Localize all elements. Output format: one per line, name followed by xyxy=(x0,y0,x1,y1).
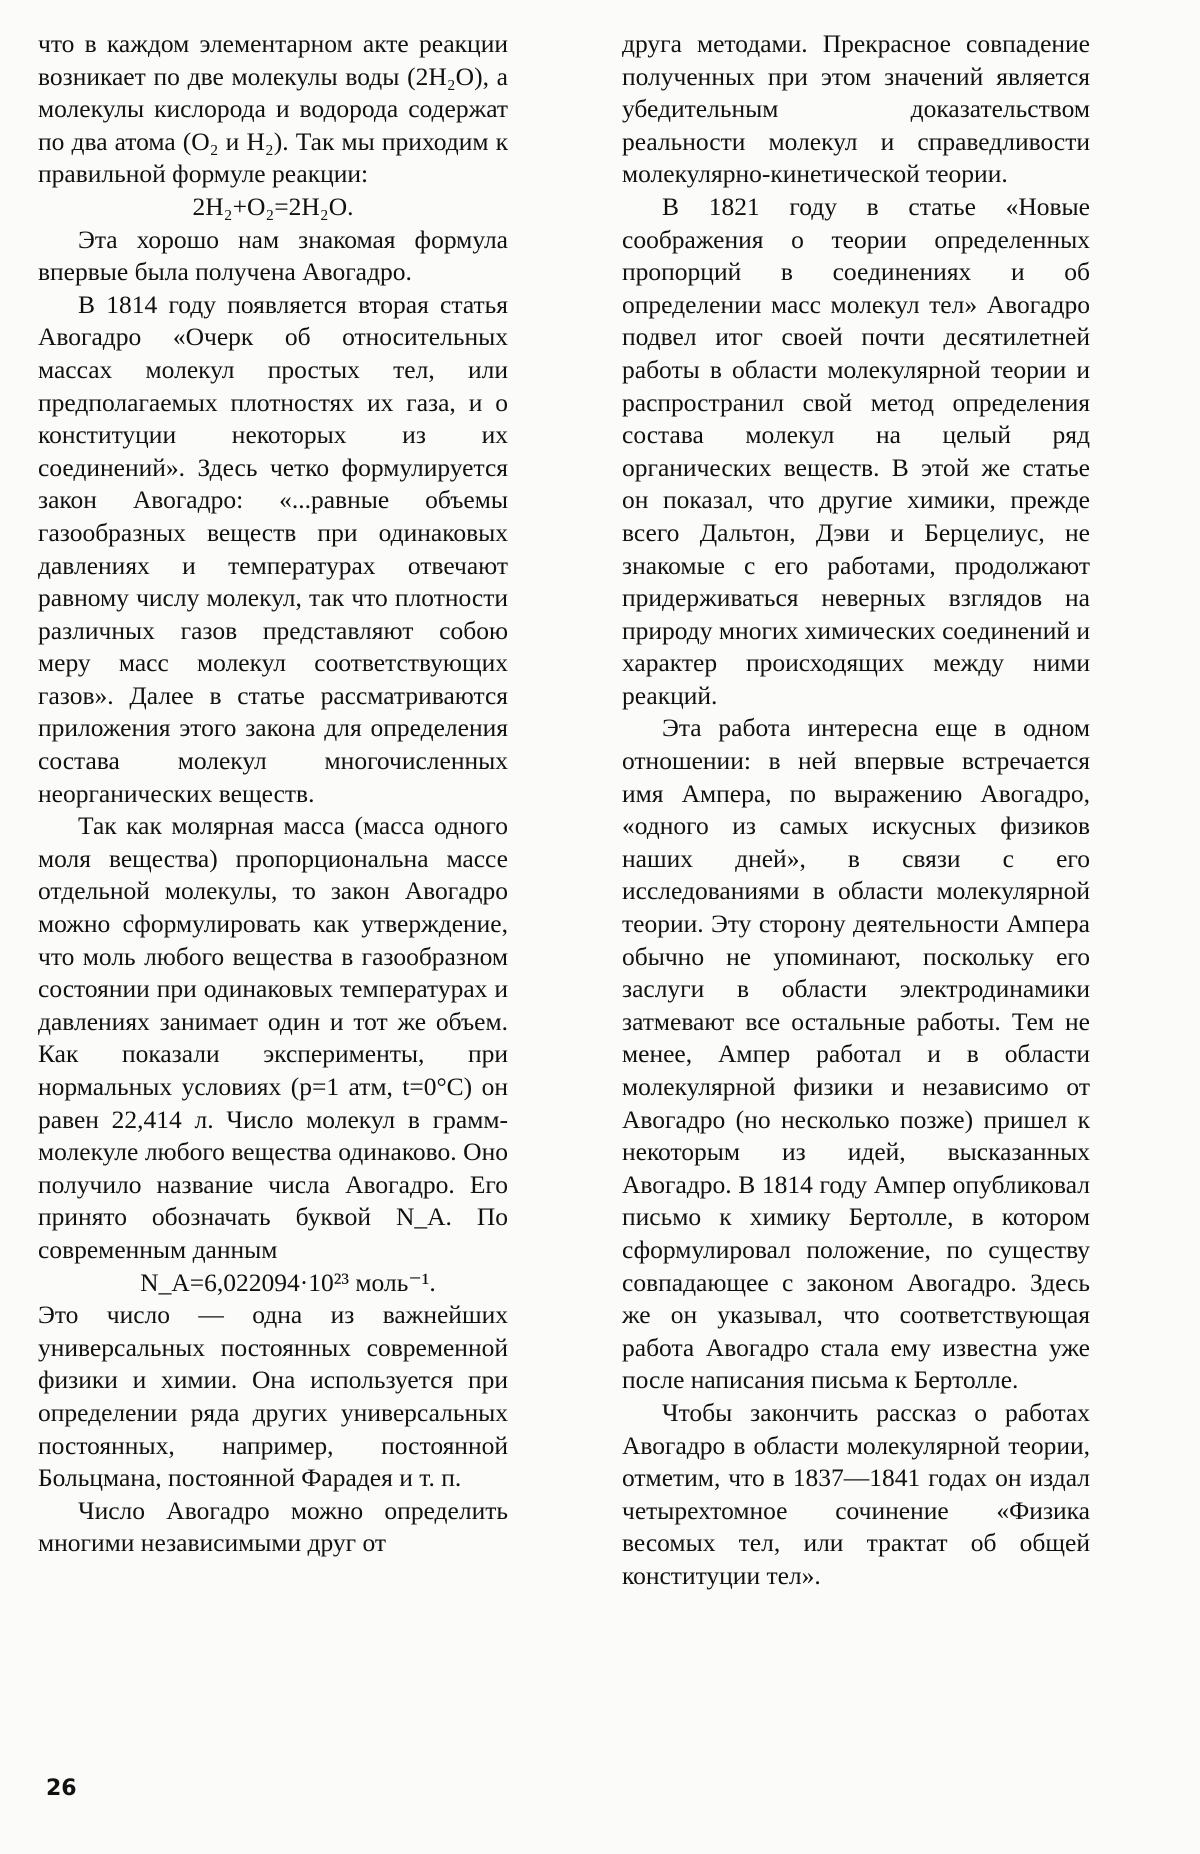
avogadro-number-formula: N_A=6,022094·10²³ моль⁻¹. xyxy=(38,1267,508,1300)
paragraph: Число Авогадро можно определить многими … xyxy=(38,1495,508,1560)
paragraph: что в каждом элементарном акте реакции в… xyxy=(38,28,508,191)
paragraph: друга методами. Прекрасное совпадение по… xyxy=(622,28,1090,191)
paragraph: Чтобы закончить рассказ о работах Авогад… xyxy=(622,1397,1090,1593)
paragraph: В 1814 году появляется вторая статья Аво… xyxy=(38,289,508,811)
right-column: друга методами. Прекрасное совпадение по… xyxy=(622,28,1090,1593)
page-number: 26 xyxy=(46,1776,77,1801)
left-column: что в каждом элементарном акте реакции в… xyxy=(38,28,508,1560)
paragraph: Это число — одна из важнейших универсаль… xyxy=(38,1299,508,1495)
paragraph: Эта хорошо нам знакомая формула впервые … xyxy=(38,224,508,289)
paragraph: Так как молярная масса (масса одного мол… xyxy=(38,810,508,1266)
reaction-formula: 2H₂+O₂=2H₂O. xyxy=(38,191,508,224)
paragraph: В 1821 году в статье «Новые соображения … xyxy=(622,191,1090,713)
paragraph: Эта работа интересна еще в одном отношен… xyxy=(622,712,1090,1396)
book-page: что в каждом элементарном акте реакции в… xyxy=(0,0,1200,1854)
